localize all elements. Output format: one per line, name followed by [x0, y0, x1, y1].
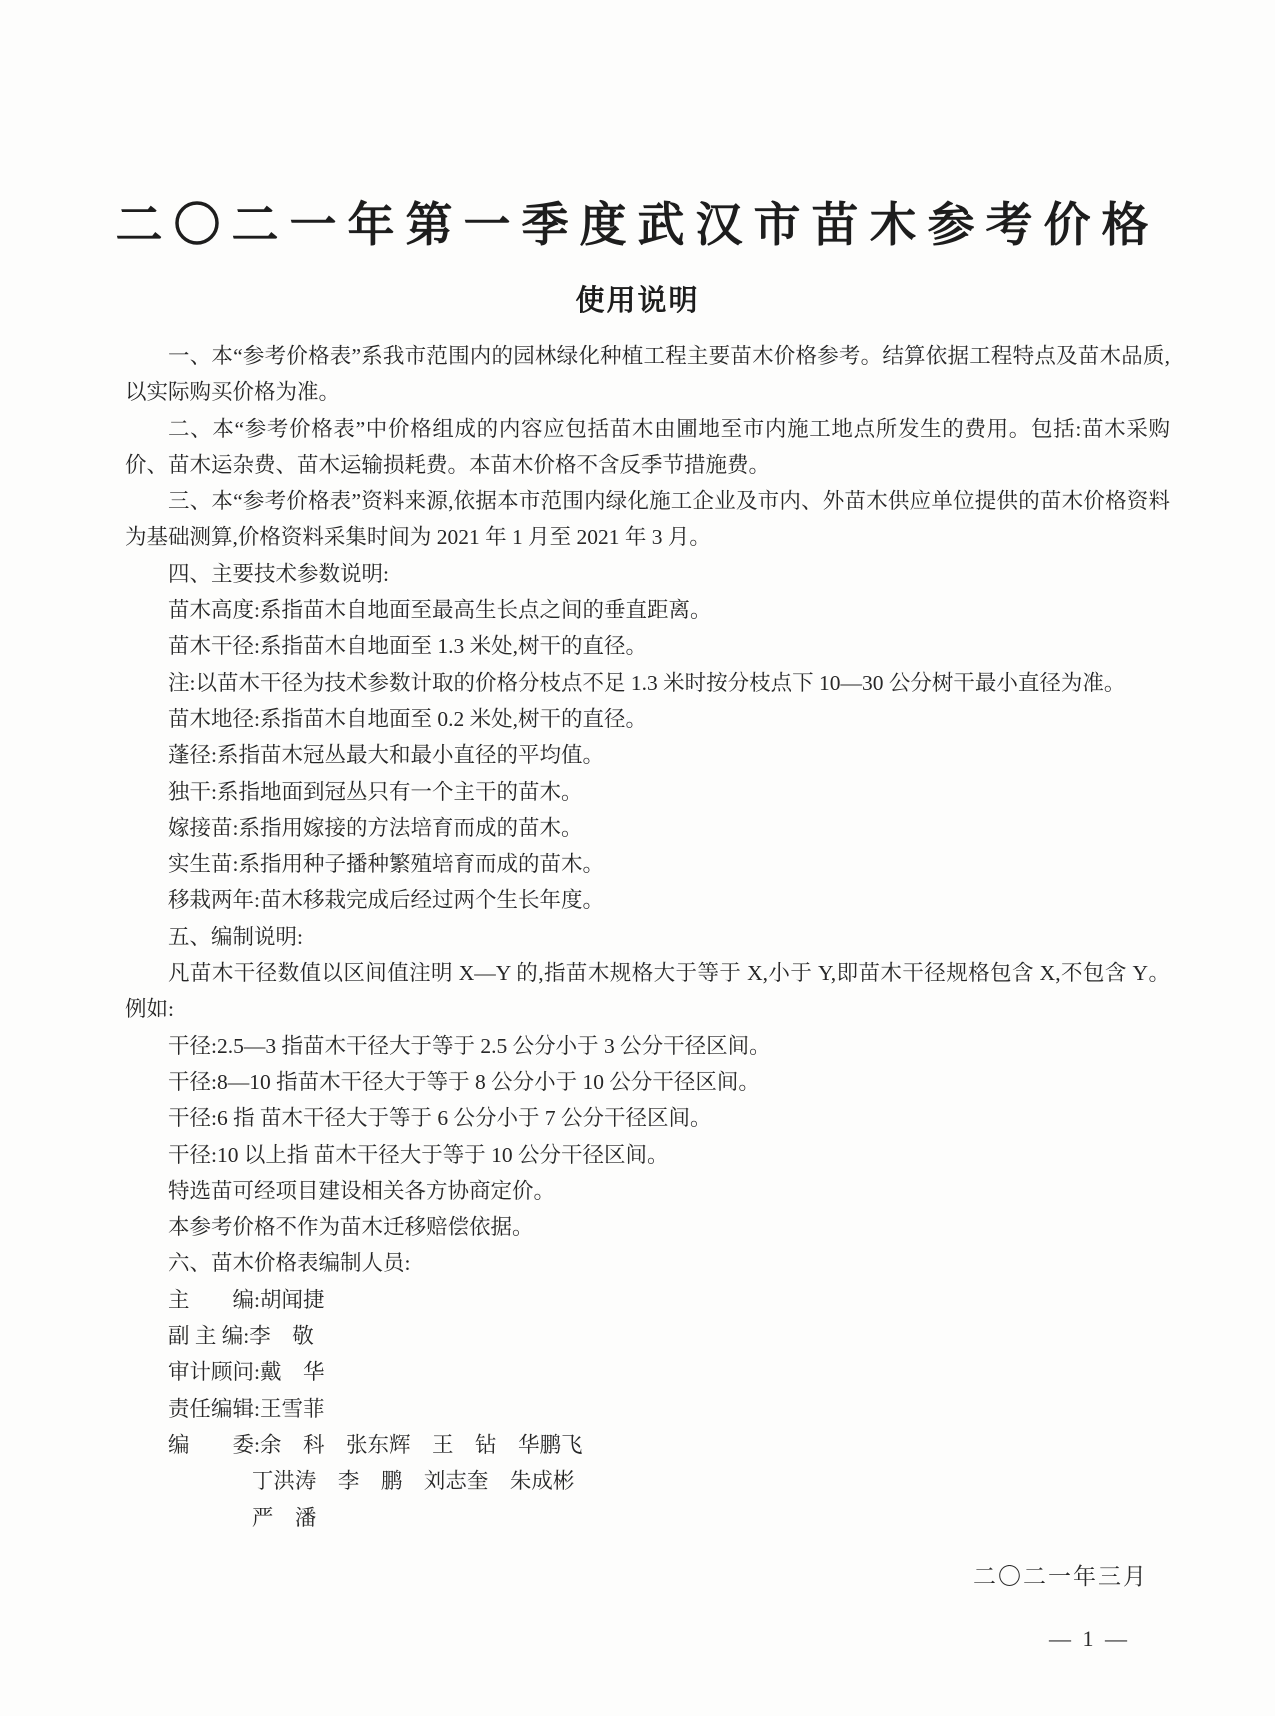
- body-line: 嫁接苗:系指用嫁接的方法培育而成的苗木。: [125, 810, 1170, 846]
- body-line: 特选苗可经项目建设相关各方协商定价。: [125, 1173, 1170, 1209]
- body-line: 五、编制说明:: [125, 919, 1170, 955]
- body-line: 干径:6 指 苗木干径大于等于 6 公分小于 7 公分干径区间。: [125, 1100, 1170, 1136]
- body-line: 二、本“参考价格表”中价格组成的内容应包括苗木由圃地至市内施工地点所发生的费用。…: [125, 411, 1170, 484]
- body-line: 注:以苗木干径为技术参数计取的价格分枝点不足 1.3 米时按分枝点下 10—30…: [125, 665, 1170, 701]
- body-line: 副 主 编:李 敬: [125, 1318, 1170, 1354]
- body-line: 四、主要技术参数说明:: [125, 556, 1170, 592]
- body-line: 蓬径:系指苗木冠丛最大和最小直径的平均值。: [125, 737, 1170, 773]
- body-line: 责任编辑:王雪菲: [125, 1391, 1170, 1427]
- body-line: 审计顾问:戴 华: [125, 1354, 1170, 1390]
- body-line: 苗木高度:系指苗木自地面至最高生长点之间的垂直距离。: [125, 592, 1170, 628]
- body-line: 本参考价格不作为苗木迁移赔偿依据。: [125, 1209, 1170, 1245]
- body-line: 苗木干径:系指苗木自地面至 1.3 米处,树干的直径。: [125, 628, 1170, 664]
- body-line: 六、苗木价格表编制人员:: [125, 1245, 1170, 1281]
- body-line: 干径:8—10 指苗木干径大于等于 8 公分小于 10 公分干径区间。: [125, 1064, 1170, 1100]
- body-line: 凡苗木干径数值以区间值注明 X—Y 的,指苗木规格大于等于 X,小于 Y,即苗木…: [125, 955, 1170, 1028]
- body-line: 移栽两年:苗木移栽完成后经过两个生长年度。: [125, 882, 1170, 918]
- body-line: 干径:10 以上指 苗木干径大于等于 10 公分干径区间。: [125, 1137, 1170, 1173]
- document-date: 二〇二一年三月: [973, 1558, 1148, 1591]
- body-line: 一、本“参考价格表”系我市范围内的园林绿化种植工程主要苗木价格参考。结算依据工程…: [125, 338, 1170, 411]
- body-line: 丁洪涛 李 鹏 刘志奎 朱成彬: [125, 1463, 1170, 1499]
- document-title: 二〇二一年第一季度武汉市苗木参考价格: [0, 188, 1275, 255]
- page-number: — 1 —: [1049, 1626, 1130, 1652]
- body-line: 苗木地径:系指苗木自地面至 0.2 米处,树干的直径。: [125, 701, 1170, 737]
- document-page: 二〇二一年第一季度武汉市苗木参考价格 使用说明 一、本“参考价格表”系我市范围内…: [0, 0, 1275, 1716]
- body-line: 严 潘: [125, 1500, 1170, 1536]
- body-line: 主 编:胡闻捷: [125, 1282, 1170, 1318]
- body-line: 实生苗:系指用种子播种繁殖培育而成的苗木。: [125, 846, 1170, 882]
- body-line: 编 委:余 科 张东辉 王 钻 华鹏飞: [125, 1427, 1170, 1463]
- body-line: 三、本“参考价格表”资料来源,依据本市范围内绿化施工企业及市内、外苗木供应单位提…: [125, 483, 1170, 556]
- body-line: 独干:系指地面到冠丛只有一个主干的苗木。: [125, 774, 1170, 810]
- body-line: 干径:2.5—3 指苗木干径大于等于 2.5 公分小于 3 公分干径区间。: [125, 1028, 1170, 1064]
- document-body: 一、本“参考价格表”系我市范围内的园林绿化种植工程主要苗木价格参考。结算依据工程…: [125, 338, 1170, 1536]
- document-subtitle: 使用说明: [0, 278, 1275, 319]
